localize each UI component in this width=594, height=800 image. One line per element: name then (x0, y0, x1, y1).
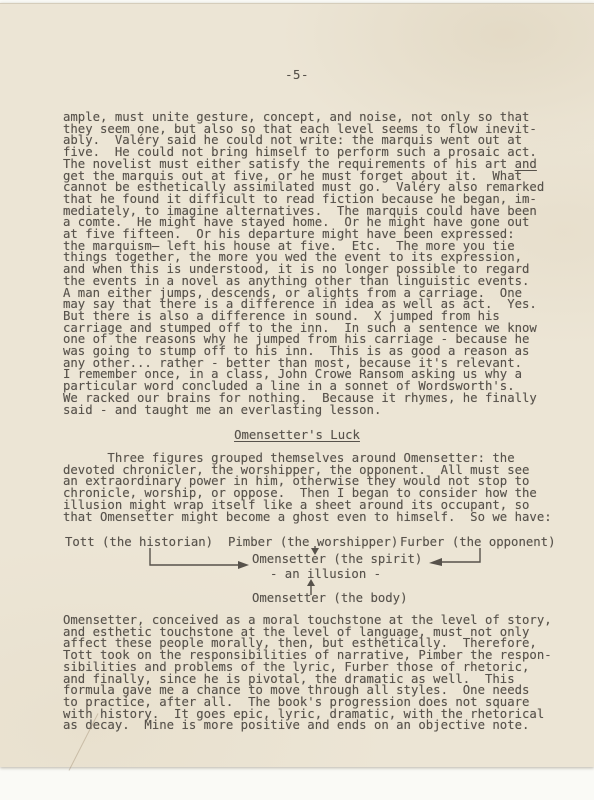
paragraph-1: ample, must unite gesture, concept, and … (63, 112, 544, 416)
section-heading: Omensetter's Luck (0, 429, 594, 442)
page-number: -5- (0, 69, 594, 82)
text-line: said - and taught me an everlasting less… (63, 405, 544, 417)
paragraph-2: Three figures grouped themselves around … (63, 453, 552, 523)
diagram-label-furber: Furber (the opponent) (400, 536, 555, 548)
document-page: -5- ample, must unite gesture, concept, … (0, 3, 594, 767)
character-diagram: Tott (the historian) Pimber (the worship… (0, 532, 594, 616)
diagram-label-tott: Tott (the historian) (65, 536, 213, 548)
screenshot-root: { "page": { "number": "-5-" }, "colors":… (0, 0, 594, 800)
furber-to-spirit-arrow (429, 548, 480, 566)
diagram-label-pimber: Pimber (the worshipper) (228, 536, 398, 548)
diagram-label-body: Omensetter (the body) (252, 592, 407, 604)
tott-to-spirit-arrow (150, 548, 249, 569)
text-line: as decay. Mine is more positive and ends… (63, 720, 552, 732)
diagram-label-illusion: - an illusion - (270, 568, 381, 580)
text-line: that Omensetter might become a ghost eve… (63, 512, 552, 524)
diagram-label-spirit: Omensetter (the spirit) (252, 553, 422, 565)
paragraph-3: Omensetter, conceived as a moral touchst… (63, 615, 552, 732)
